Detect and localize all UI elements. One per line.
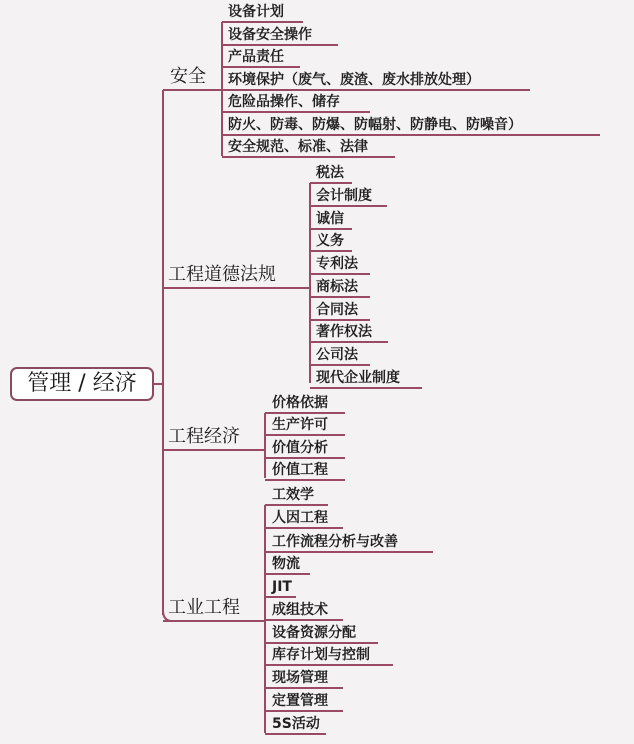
root-node[interactable]: 管理 / 经济 <box>10 367 154 401</box>
leaf-node[interactable]: 5S活动 <box>272 715 320 733</box>
leaf-node[interactable]: 设备资源分配 <box>272 624 356 642</box>
leaf-node[interactable]: 定置管理 <box>272 692 328 710</box>
branch-engineering-economics[interactable]: 工程经济 <box>168 426 240 448</box>
leaf-node[interactable]: 物流 <box>272 555 300 573</box>
leaf-node[interactable]: 生产许可 <box>272 416 328 434</box>
leaf-node[interactable]: JIT <box>272 578 292 596</box>
leaf-node[interactable]: 义务 <box>316 232 344 250</box>
leaf-node[interactable]: 专利法 <box>316 255 358 273</box>
branch-industrial-engineering[interactable]: 工业工程 <box>168 597 240 619</box>
leaf-node[interactable]: 工效学 <box>272 486 314 504</box>
leaf-node[interactable]: 价值工程 <box>272 461 328 479</box>
leaf-node[interactable]: 价值分析 <box>272 439 328 457</box>
leaf-node[interactable]: 工作流程分析与改善 <box>272 533 398 551</box>
leaf-node[interactable]: 合同法 <box>316 301 358 319</box>
leaf-node[interactable]: 商标法 <box>316 278 358 296</box>
leaf-node[interactable]: 公司法 <box>316 346 358 364</box>
leaf-node[interactable]: 设备计划 <box>228 3 284 21</box>
branch-engineering-ethics-law[interactable]: 工程道德法规 <box>168 264 276 286</box>
leaf-node[interactable]: 危险品操作、储存 <box>228 93 340 111</box>
leaf-node[interactable]: 现场管理 <box>272 669 328 687</box>
leaf-node[interactable]: 价格依据 <box>272 394 328 412</box>
leaf-node[interactable]: 现代企业制度 <box>316 369 400 387</box>
leaf-node[interactable]: 著作权法 <box>316 323 372 341</box>
branch-safety[interactable]: 安全 <box>170 66 206 88</box>
leaf-node[interactable]: 人因工程 <box>272 509 328 527</box>
leaf-node[interactable]: 税法 <box>316 164 344 182</box>
leaf-node[interactable]: 诚信 <box>316 210 344 228</box>
leaf-node[interactable]: 产品责任 <box>228 48 284 66</box>
leaf-node[interactable]: 设备安全操作 <box>228 26 312 44</box>
leaf-node[interactable]: 环境保护（废气、废渣、废水排放处理） <box>228 71 480 89</box>
leaf-node[interactable]: 库存计划与控制 <box>272 646 370 664</box>
leaf-node[interactable]: 防火、防毒、防爆、防幅射、防静电、防噪音） <box>228 116 522 134</box>
leaf-node[interactable]: 成组技术 <box>272 601 328 619</box>
leaf-node[interactable]: 安全规范、标准、法律 <box>228 138 368 156</box>
leaf-node[interactable]: 会计制度 <box>316 187 372 205</box>
